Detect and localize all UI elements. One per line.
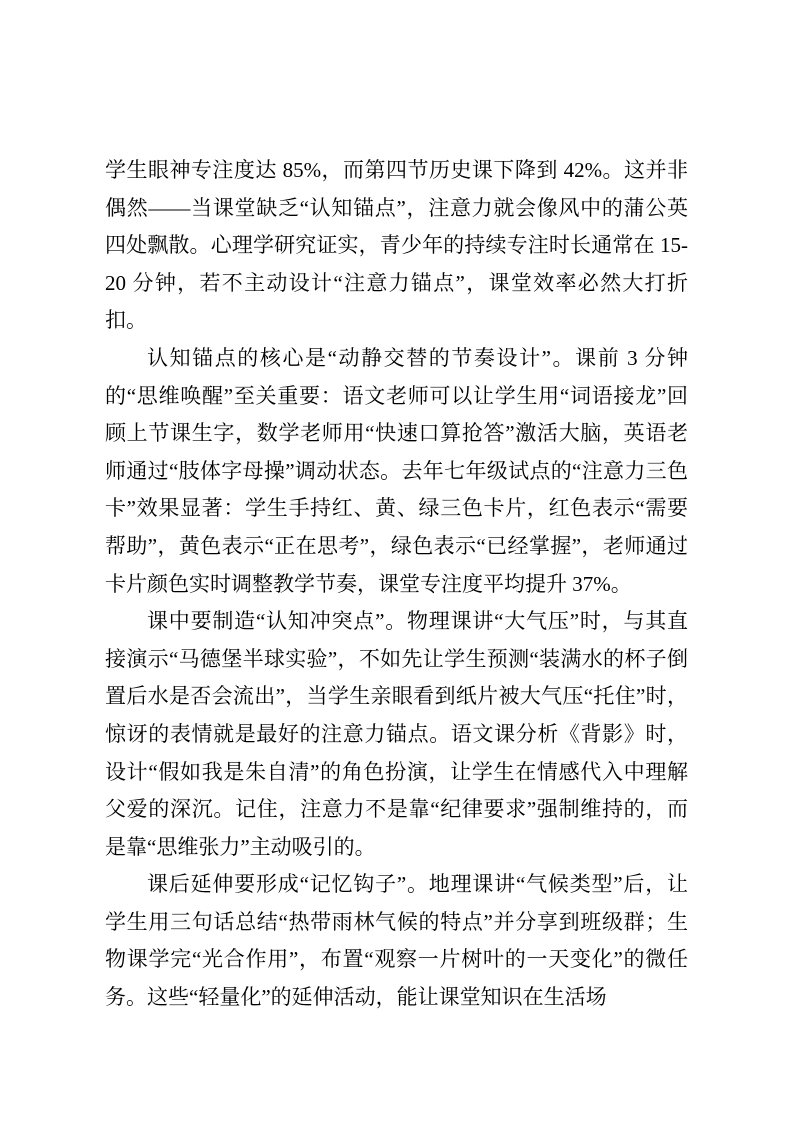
paragraph-2: 认知锚点的核心是“动静交替的节奏设计”。课前 3 分钟的“思维唤醒”至关重要：语…: [105, 340, 688, 603]
paragraph-3: 课中要制造“认知冲突点”。物理课讲“大气压”时，与其直接演示“马德堡半球实验”，…: [105, 603, 688, 866]
text-body: 学生眼神专注度达 85%，而第四节历史课下降到 42%。这并非偶然——当课堂缺乏…: [105, 152, 688, 1017]
document-page: 学生眼神专注度达 85%，而第四节历史课下降到 42%。这并非偶然——当课堂缺乏…: [0, 0, 793, 1122]
paragraph-4: 课后延伸要形成“记忆钩子”。地理课讲“气候类型”后，让学生用三句话总结“热带雨林…: [105, 866, 688, 1016]
paragraph-1: 学生眼神专注度达 85%，而第四节历史课下降到 42%。这并非偶然——当课堂缺乏…: [105, 152, 688, 340]
